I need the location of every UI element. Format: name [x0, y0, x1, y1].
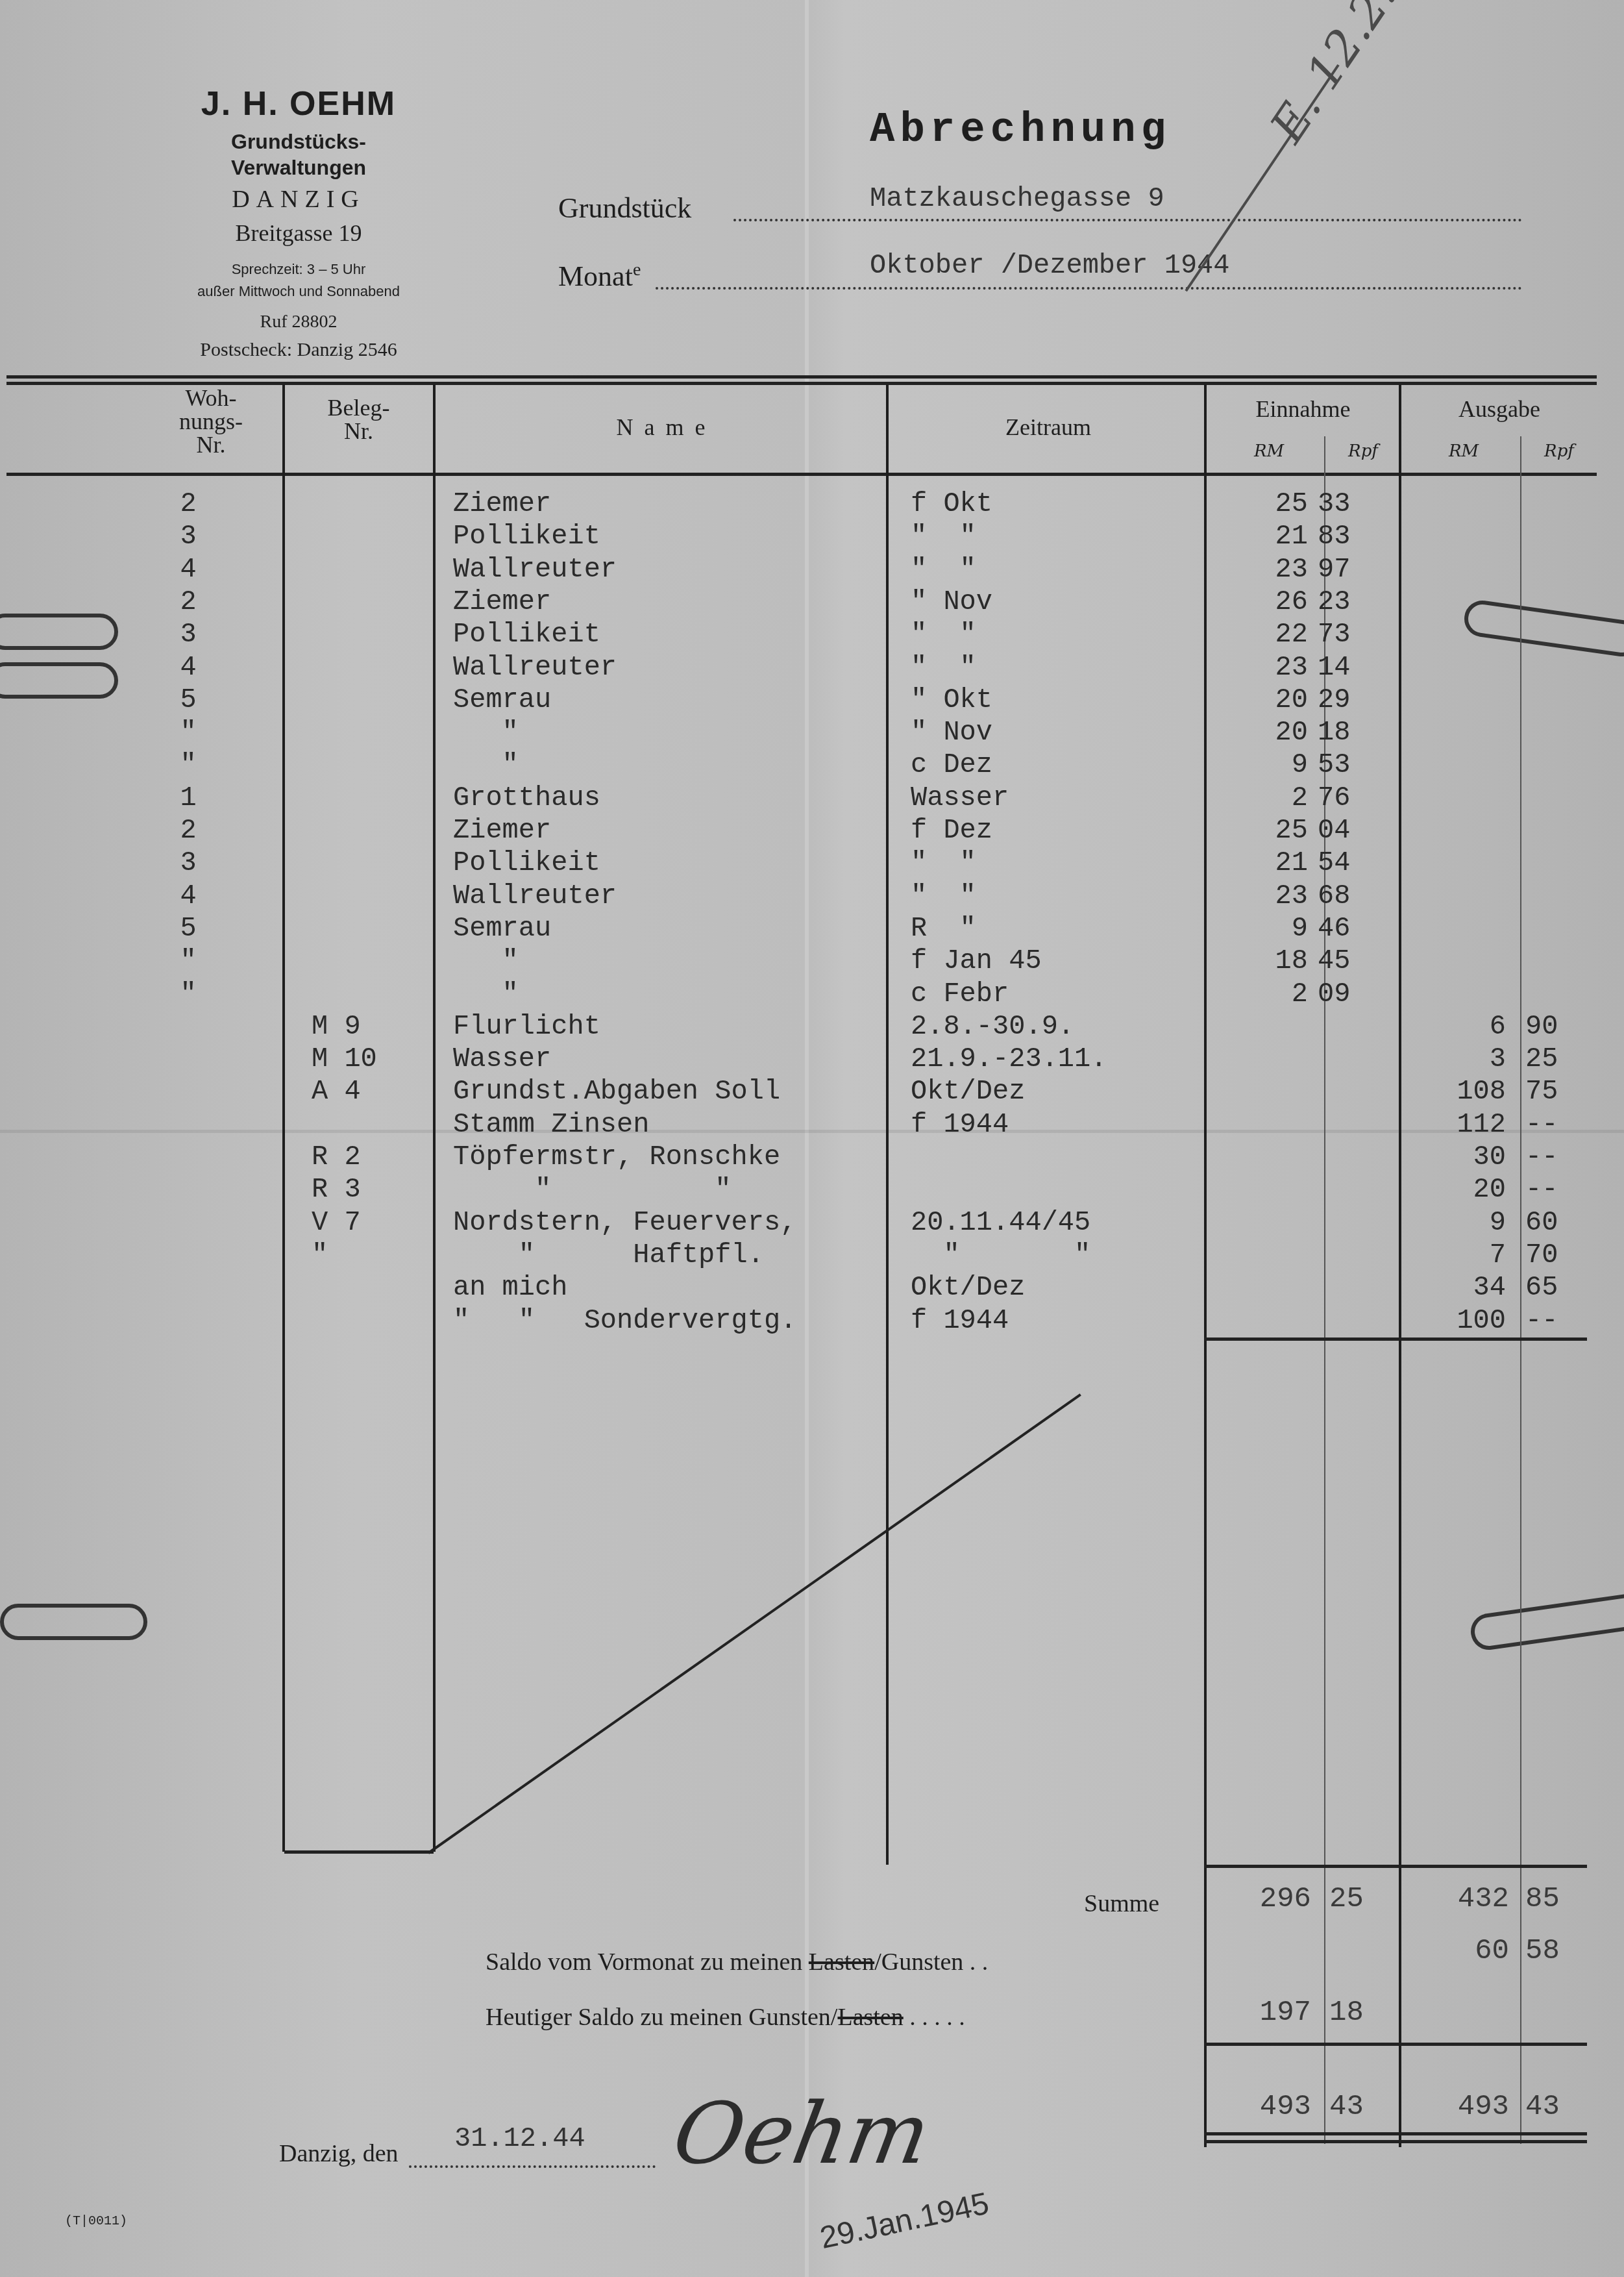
closing-line-amounts [1204, 1338, 1587, 1341]
cell-zeitraum: c Febr [911, 978, 1196, 1010]
header-zeitraum: Zeitraum [896, 416, 1201, 439]
cell-einnahme-rm: 2 [1201, 978, 1308, 1010]
cell-wohnungs-nr: 3 [162, 619, 214, 650]
cell-zeitraum: c Dez [911, 749, 1196, 780]
summary-bottom-rule [1204, 2132, 1587, 2135]
table-row: " " c Dez 9 53 [0, 749, 1624, 782]
cell-einnahme-rm: 18 [1201, 945, 1308, 977]
cell-ausgabe-rpf: 90 [1525, 1011, 1590, 1042]
company-phone: Ruf 28802 [149, 312, 448, 332]
table-row: " " Sondervergtg. f 1944 100 -- [0, 1305, 1624, 1338]
cell-ausgabe-rm: 9 [1396, 1207, 1506, 1238]
summe-ausgabe-rm: 432 [1428, 1883, 1509, 1915]
total-ausgabe-rm: 493 [1428, 2091, 1509, 2123]
cell-zeitraum: f Dez [911, 815, 1196, 846]
cell-ausgabe-rm: 20 [1396, 1174, 1506, 1205]
summe-einnahme-rm: 296 [1233, 1883, 1311, 1915]
header-text: Beleg- [292, 396, 425, 419]
monate-dotted-line [656, 287, 1522, 290]
office-hours: Sprechzeit: 3 – 5 Uhr [130, 261, 467, 278]
cell-zeitraum: " Okt [911, 684, 1196, 715]
cell-zeitraum: 21.9.-23.11. [911, 1043, 1196, 1075]
cell-name: " Haftpfl. [453, 1239, 881, 1271]
cell-zeitraum: " " [911, 521, 1196, 552]
cell-ausgabe-rm: 6 [1396, 1011, 1506, 1042]
staple-mark-icon [0, 1604, 147, 1640]
label-text: Saldo vom Vormonat zu meinen [486, 1948, 802, 1976]
cell-wohnungs-nr: 4 [162, 652, 214, 683]
header-ausgabe-rm: RM [1412, 442, 1516, 461]
company-city: DANZIG [149, 185, 448, 214]
cell-zeitraum: " " [911, 1239, 1196, 1271]
company-postcheck: Postscheck: Danzig 2546 [117, 339, 480, 361]
form-code: (T|0011) [65, 2214, 127, 2229]
summary-top-rule [1204, 1865, 1587, 1868]
cell-name: " [453, 978, 881, 1010]
cell-ausgabe-rpf: -- [1525, 1141, 1590, 1173]
cell-name: Wallreuter [453, 652, 881, 683]
label-text: /Gunsten . . [874, 1948, 988, 1976]
cell-wohnungs-nr: 1 [162, 782, 214, 814]
cell-name: Grundst.Abgaben Soll [453, 1076, 881, 1107]
cell-einnahme-rpf: 97 [1318, 554, 1383, 585]
cell-einnahme-rm: 26 [1201, 586, 1308, 617]
cell-name: Wasser [453, 1043, 881, 1075]
table-row: " " c Febr 2 09 [0, 978, 1624, 1011]
table-row: M 9 Flurlicht 2.8.-30.9. 6 90 [0, 1011, 1624, 1043]
cell-zeitraum: Wasser [911, 782, 1196, 814]
cell-einnahme-rpf: 73 [1318, 619, 1383, 650]
cell-einnahme-rpf: 54 [1318, 847, 1383, 878]
cell-name: Flurlicht [453, 1011, 881, 1042]
cell-wohnungs-nr: 5 [162, 913, 214, 944]
struck-text: Lasten [809, 1948, 874, 1976]
cell-wohnungs-nr: 2 [162, 488, 214, 519]
table-row: M 10 Wasser 21.9.-23.11. 3 25 [0, 1043, 1624, 1076]
cell-name: an mich [453, 1272, 881, 1303]
cell-wohnungs-nr: 3 [162, 847, 214, 878]
table-row: 3 Pollikeit " " 22 73 [0, 619, 1624, 651]
header-ausgabe-rpf: Rpf [1527, 442, 1592, 461]
table-row: 4 Wallreuter " " 23 68 [0, 880, 1624, 913]
table-top-rule-2 [6, 382, 1597, 385]
company-line-1: Grundstücks- [149, 130, 448, 154]
header-wohnungs-nr: Woh- nungs- Nr. [156, 386, 266, 456]
table-row: 2 Ziemer f Dez 25 04 [0, 815, 1624, 847]
office-hours-exception: außer Mittwoch und Sonnabend [130, 283, 467, 300]
cell-einnahme-rm: 9 [1201, 749, 1308, 780]
closing-line-beleg [284, 1850, 434, 1854]
total-einnahme-rpf: 43 [1329, 2091, 1364, 2123]
table-row: 4 Wallreuter " " 23 14 [0, 652, 1624, 684]
table-row: 2 Ziemer f Okt 25 33 [0, 488, 1624, 521]
cell-zeitraum: f 1944 [911, 1109, 1196, 1140]
summe-einnahme-rpf: 25 [1329, 1883, 1364, 1915]
cell-zeitraum: " " [911, 847, 1196, 878]
table-row: R 2 Töpfermstr, Ronschke 30 -- [0, 1141, 1624, 1174]
header-name: N a m e [454, 416, 870, 439]
cell-beleg-nr: A 4 [312, 1076, 441, 1107]
cell-zeitraum: f Okt [911, 488, 1196, 519]
table-row: 3 Pollikeit " " 21 54 [0, 847, 1624, 880]
table-row: 3 Pollikeit " " 21 83 [0, 521, 1624, 553]
cell-einnahme-rpf: 04 [1318, 815, 1383, 846]
cell-ausgabe-rm: 112 [1396, 1109, 1506, 1140]
cell-einnahme-rm: 23 [1201, 880, 1308, 912]
table-row: R 3 " " 20 -- [0, 1174, 1624, 1206]
cell-name: Pollikeit [453, 521, 881, 552]
header-einnahme-rpf: Rpf [1331, 442, 1396, 461]
cell-name: Nordstern, Feuervers, [453, 1207, 881, 1238]
table-row: an mich Okt/Dez 34 65 [0, 1272, 1624, 1304]
saldo-vormonat-label: Saldo vom Vormonat zu meinen Lasten/Guns… [486, 1948, 988, 1976]
cell-einnahme-rpf: 53 [1318, 749, 1383, 780]
total-ausgabe-rpf: 43 [1525, 2091, 1560, 2123]
summe-label: Summe [1084, 1889, 1159, 1918]
grundstueck-label: Grundstück [558, 192, 691, 225]
table-header-bottom-rule [6, 473, 1597, 476]
cell-ausgabe-rpf: 70 [1525, 1239, 1590, 1271]
cell-name: Stamm Zinsen [453, 1109, 881, 1140]
cell-beleg-nr: V 7 [312, 1207, 441, 1238]
cell-name: Ziemer [453, 586, 881, 617]
cell-name: " [453, 945, 881, 977]
table-row: 2 Ziemer " Nov 26 23 [0, 586, 1624, 619]
cell-einnahme-rpf: 46 [1318, 913, 1383, 944]
cell-einnahme-rpf: 14 [1318, 652, 1383, 683]
cell-name: " [453, 749, 881, 780]
cell-einnahme-rm: 21 [1201, 847, 1308, 878]
table-row: V 7 Nordstern, Feuervers, 20.11.44/45 9 … [0, 1207, 1624, 1239]
table-row: 1 Grotthaus Wasser 2 76 [0, 782, 1624, 815]
cell-wohnungs-nr: 4 [162, 554, 214, 585]
cell-zeitraum: f 1944 [911, 1305, 1196, 1336]
cell-zeitraum: R " [911, 913, 1196, 944]
cell-name: Pollikeit [453, 619, 881, 650]
cell-name: Grotthaus [453, 782, 881, 814]
cell-ausgabe-rpf: 75 [1525, 1076, 1590, 1107]
cell-einnahme-rm: 23 [1201, 554, 1308, 585]
cell-beleg-nr: " [312, 1239, 441, 1271]
signature: Oehm [667, 2084, 937, 2183]
cell-einnahme-rm: 23 [1201, 652, 1308, 683]
cell-wohnungs-nr: 5 [162, 684, 214, 715]
total-einnahme-rm: 493 [1233, 2091, 1311, 2123]
header-beleg-nr: Beleg- Nr. [292, 396, 425, 443]
grundstueck-value: Matzkauschegasse 9 [870, 183, 1164, 214]
cell-ausgabe-rm: 3 [1396, 1043, 1506, 1075]
cell-zeitraum: " " [911, 619, 1196, 650]
table-row: Stamm Zinsen f 1944 112 -- [0, 1109, 1624, 1141]
table-row: 4 Wallreuter " " 23 97 [0, 554, 1624, 586]
header-text: Nr. [292, 419, 425, 443]
cell-einnahme-rm: 9 [1201, 913, 1308, 944]
cell-wohnungs-nr: " [162, 945, 214, 977]
cell-zeitraum: " " [911, 652, 1196, 683]
cell-name: " [453, 717, 881, 748]
cell-name: Pollikeit [453, 847, 881, 878]
company-name: J. H. OEHM [149, 84, 448, 123]
cell-name: Ziemer [453, 815, 881, 846]
table-row: " " Haftpfl. " " 7 70 [0, 1239, 1624, 1272]
cell-ausgabe-rpf: 65 [1525, 1272, 1590, 1303]
cell-einnahme-rpf: 29 [1318, 684, 1383, 715]
cell-beleg-nr: M 9 [312, 1011, 441, 1042]
cell-ausgabe-rpf: -- [1525, 1109, 1590, 1140]
cell-zeitraum: 2.8.-30.9. [911, 1011, 1196, 1042]
cell-zeitraum: 20.11.44/45 [911, 1207, 1196, 1238]
summary-bottom-rule-2 [1204, 2140, 1587, 2143]
cell-einnahme-rpf: 83 [1318, 521, 1383, 552]
table-top-rule [6, 375, 1597, 379]
label-text: . . . . . [904, 2004, 965, 2031]
heutiger-saldo-einnahme-rpf: 18 [1329, 1997, 1364, 2029]
struck-text: Lasten [837, 2004, 903, 2031]
cell-name: " " [453, 1174, 881, 1205]
cell-zeitraum: " Nov [911, 717, 1196, 748]
cell-einnahme-rm: 25 [1201, 488, 1308, 519]
cell-wohnungs-nr: " [162, 978, 214, 1010]
table-row: 5 Semrau R " 9 46 [0, 913, 1624, 945]
cell-beleg-nr: R 3 [312, 1174, 441, 1205]
summe-ausgabe-rpf: 85 [1525, 1883, 1560, 1915]
cell-zeitraum: " " [911, 880, 1196, 912]
table-row: " " f Jan 45 18 45 [0, 945, 1624, 978]
table-row: " " " Nov 20 18 [0, 717, 1624, 749]
cell-zeitraum: Okt/Dez [911, 1076, 1196, 1107]
monate-label: Monate [558, 260, 641, 293]
cell-einnahme-rm: 22 [1201, 619, 1308, 650]
cell-einnahme-rpf: 33 [1318, 488, 1383, 519]
cell-beleg-nr: M 10 [312, 1043, 441, 1075]
cell-ausgabe-rpf: 60 [1525, 1207, 1590, 1238]
cell-einnahme-rpf: 68 [1318, 880, 1383, 912]
saldo-vormonat-ausgabe-rm: 60 [1428, 1935, 1509, 1967]
cell-ausgabe-rpf: 25 [1525, 1043, 1590, 1075]
table-row: 5 Semrau " Okt 20 29 [0, 684, 1624, 717]
cell-name: Ziemer [453, 488, 881, 519]
cell-name: Semrau [453, 684, 881, 715]
cell-ausgabe-rpf: -- [1525, 1174, 1590, 1205]
cell-wohnungs-nr: " [162, 717, 214, 748]
header-ausgabe: Ausgabe [1405, 397, 1593, 421]
cell-beleg-nr: R 2 [312, 1141, 441, 1173]
cell-ausgabe-rm: 108 [1396, 1076, 1506, 1107]
cell-ausgabe-rm: 7 [1396, 1239, 1506, 1271]
cell-ausgabe-rm: 100 [1396, 1305, 1506, 1336]
date-dotted-line [409, 2165, 656, 2168]
company-street: Breitgasse 19 [149, 219, 448, 247]
summary-mid-rule [1204, 2043, 1587, 2046]
cell-einnahme-rm: 25 [1201, 815, 1308, 846]
label-text: Heutiger Saldo zu meinen Gunsten/ [486, 2004, 837, 2031]
monate-label-suffix: e [633, 260, 641, 280]
cell-zeitraum: " Nov [911, 586, 1196, 617]
document-date: 31.12.44 [454, 2123, 585, 2154]
cell-einnahme-rm: 2 [1201, 782, 1308, 814]
cell-wohnungs-nr: 4 [162, 880, 214, 912]
saldo-vormonat-ausgabe-rpf: 58 [1525, 1935, 1560, 1967]
cell-name: Semrau [453, 913, 881, 944]
cell-einnahme-rpf: 18 [1318, 717, 1383, 748]
monate-value: Oktober /Dezember 1944 [870, 250, 1230, 281]
cell-zeitraum: " " [911, 554, 1196, 585]
cell-einnahme-rm: 20 [1201, 684, 1308, 715]
heutiger-saldo-label: Heutiger Saldo zu meinen Gunsten/Lasten … [486, 2003, 965, 2032]
cell-ausgabe-rpf: -- [1525, 1305, 1590, 1336]
table-row: A 4 Grundst.Abgaben Soll Okt/Dez 108 75 [0, 1076, 1624, 1108]
company-line-2: Verwaltungen [149, 156, 448, 180]
header-text: Nr. [156, 433, 266, 456]
cell-zeitraum: Okt/Dez [911, 1272, 1196, 1303]
cell-einnahme-rpf: 09 [1318, 978, 1383, 1010]
cell-name: Töpfermstr, Ronschke [453, 1141, 881, 1173]
document-title: Abrechnung [870, 107, 1171, 154]
cell-einnahme-rpf: 23 [1318, 586, 1383, 617]
header-text: nungs- [156, 410, 266, 433]
monate-label-text: Monat [558, 260, 633, 292]
cell-einnahme-rm: 20 [1201, 717, 1308, 748]
header-einnahme: Einnahme [1211, 397, 1396, 421]
grundstueck-dotted-line [733, 219, 1522, 221]
cell-ausgabe-rm: 34 [1396, 1272, 1506, 1303]
cell-wohnungs-nr: 3 [162, 521, 214, 552]
cell-einnahme-rpf: 45 [1318, 945, 1383, 977]
cell-einnahme-rpf: 76 [1318, 782, 1383, 814]
cell-ausgabe-rm: 30 [1396, 1141, 1506, 1173]
cell-einnahme-rm: 21 [1201, 521, 1308, 552]
cell-name: Wallreuter [453, 880, 881, 912]
cell-wohnungs-nr: 2 [162, 815, 214, 846]
place-date-label: Danzig, den [279, 2139, 399, 2168]
header-einnahme-rm: RM [1220, 442, 1318, 461]
cell-name: Wallreuter [453, 554, 881, 585]
cell-wohnungs-nr: 2 [162, 586, 214, 617]
cell-zeitraum: f Jan 45 [911, 945, 1196, 977]
cell-name: " " Sondervergtg. [453, 1305, 881, 1336]
cell-wohnungs-nr: " [162, 749, 214, 780]
header-text: Woh- [156, 386, 266, 410]
heutiger-saldo-einnahme-rm: 197 [1233, 1997, 1311, 2029]
